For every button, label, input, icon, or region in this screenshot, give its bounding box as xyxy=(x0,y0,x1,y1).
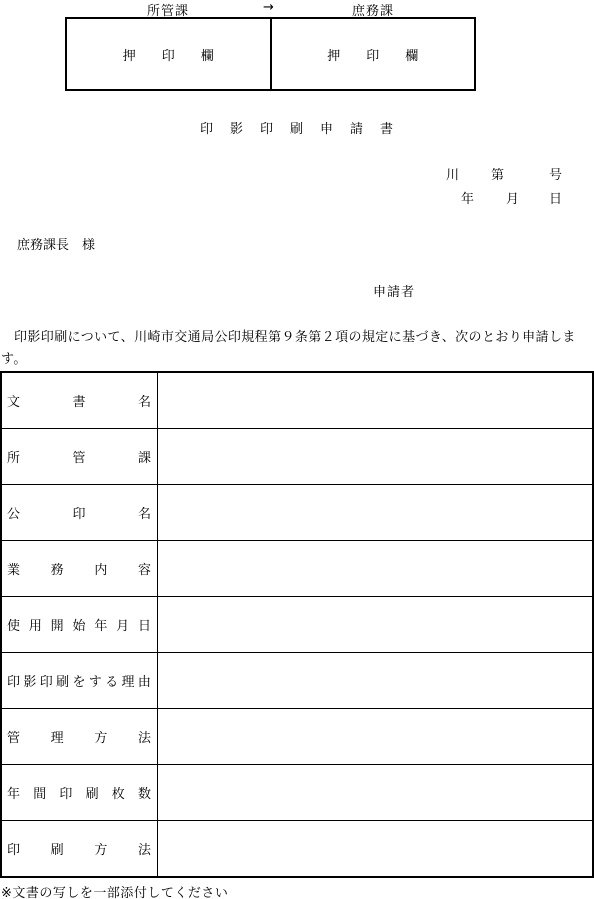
reference-number-dai: 第 xyxy=(491,164,549,183)
form-label-char: 年 xyxy=(7,783,20,802)
form-label: 業務内容 xyxy=(2,541,158,596)
form-label-char: る xyxy=(105,671,118,690)
form-label-char: 名 xyxy=(138,503,151,522)
form-label-char: 印 xyxy=(7,839,20,858)
form-label-char: 名 xyxy=(138,391,151,410)
form-label: 管理方法 xyxy=(2,709,158,764)
start-date-field[interactable] xyxy=(158,597,592,652)
form-label-char: 管 xyxy=(72,447,85,466)
form-label-char: 印 xyxy=(40,671,53,690)
document-title: 印影印刷申請書 xyxy=(200,118,410,137)
form-label-char: 影 xyxy=(23,671,36,690)
request-statement: 印影印刷について、川崎市交通局公印規程第９条第２項の規定に基づき、次のとおり申請… xyxy=(1,327,594,371)
form-row-reason: 印影印刷をする理由 xyxy=(2,652,592,708)
form-label: 年間印刷枚数 xyxy=(2,765,158,820)
applicant-label: 申請者 xyxy=(373,281,415,300)
form-label-char: 書 xyxy=(72,391,85,410)
form-label: 印影印刷をする理由 xyxy=(2,653,158,708)
form-label-char: 業 xyxy=(7,559,20,578)
form-label-char: 理 xyxy=(51,727,64,746)
application-form-table: 文書名 所管課 公印名 業務内容 使用開始年月日 印影印刷をする理由 管理方法 … xyxy=(0,371,594,878)
form-label-char: 公 xyxy=(7,503,20,522)
form-label-char: 使 xyxy=(7,615,20,634)
business-content-field[interactable] xyxy=(158,541,592,596)
form-label-char: 容 xyxy=(138,559,151,578)
form-label-char: 所 xyxy=(7,447,20,466)
form-label-char: 刷 xyxy=(86,783,99,802)
date-year: 年 xyxy=(461,188,506,207)
form-label-char: す xyxy=(89,671,102,690)
reference-number-go: 号 xyxy=(549,164,562,183)
form-row-seal-name: 公印名 xyxy=(2,484,592,540)
form-label-char: 課 xyxy=(138,447,151,466)
form-label-char: 印 xyxy=(72,503,85,522)
form-label-char: 始 xyxy=(72,615,85,634)
form-label-char: 内 xyxy=(94,559,107,578)
seal-cell-origin-department[interactable]: 押印欄 xyxy=(67,19,270,89)
date-line: 年月日 xyxy=(461,188,562,207)
form-label-char: 数 xyxy=(138,783,151,802)
form-label: 印刷方法 xyxy=(2,821,158,876)
form-row-start-date: 使用開始年月日 xyxy=(2,596,592,652)
form-label-char: 印 xyxy=(7,671,20,690)
form-row-business-content: 業務内容 xyxy=(2,540,592,596)
seal-cell-general-affairs[interactable]: 押印欄 xyxy=(270,19,475,89)
form-row-management-method: 管理方法 xyxy=(2,708,592,764)
form-label-char: 文 xyxy=(7,391,20,410)
addressee: 庶務課長 様 xyxy=(17,234,95,253)
form-label-char: 方 xyxy=(94,727,107,746)
form-row-department: 所管課 xyxy=(2,428,592,484)
form-label: 使用開始年月日 xyxy=(2,597,158,652)
document-name-field[interactable] xyxy=(158,373,592,428)
form-label-char: 務 xyxy=(51,559,64,578)
form-label-char: 印 xyxy=(59,783,72,802)
reference-number-prefix: 川 xyxy=(446,164,491,183)
form-label-char: 日 xyxy=(138,615,151,634)
form-label: 所管課 xyxy=(2,429,158,484)
form-label-char: 理 xyxy=(122,671,135,690)
form-label-char: 管 xyxy=(7,727,20,746)
form-label-char: 間 xyxy=(33,783,46,802)
date-day: 日 xyxy=(549,188,562,207)
form-label-char: 開 xyxy=(51,615,64,634)
form-row-annual-print-count: 年間印刷枚数 xyxy=(2,764,592,820)
form-label-char: 方 xyxy=(94,839,107,858)
reason-field[interactable] xyxy=(158,653,592,708)
department-field[interactable] xyxy=(158,429,592,484)
form-label-char: 法 xyxy=(138,727,151,746)
seal-label: 押印欄 xyxy=(327,45,444,64)
management-method-field[interactable] xyxy=(158,709,592,764)
attachment-note: ※文書の写しを一部添付してください xyxy=(1,882,228,899)
form-label-char: 年 xyxy=(94,615,107,634)
seal-box: 押印欄 押印欄 xyxy=(65,17,476,91)
form-label-char: を xyxy=(72,671,85,690)
form-label-char: 枚 xyxy=(112,783,125,802)
reference-number: 川第号 xyxy=(446,164,562,183)
annual-print-count-field[interactable] xyxy=(158,765,592,820)
form-label-char: 由 xyxy=(138,671,151,690)
form-label-char: 法 xyxy=(138,839,151,858)
seal-label: 押印欄 xyxy=(123,45,240,64)
form-row-print-method: 印刷方法 xyxy=(2,820,592,876)
print-method-field[interactable] xyxy=(158,821,592,876)
form-label-char: 用 xyxy=(29,615,42,634)
form-row-document-name: 文書名 xyxy=(2,373,592,428)
arrow-right-icon: → xyxy=(263,0,274,15)
form-label-char: 刷 xyxy=(56,671,69,690)
date-month: 月 xyxy=(506,188,549,207)
form-label-char: 刷 xyxy=(51,839,64,858)
seal-name-field[interactable] xyxy=(158,485,592,540)
form-label: 公印名 xyxy=(2,485,158,540)
form-label-char: 月 xyxy=(116,615,129,634)
form-label: 文書名 xyxy=(2,373,158,428)
